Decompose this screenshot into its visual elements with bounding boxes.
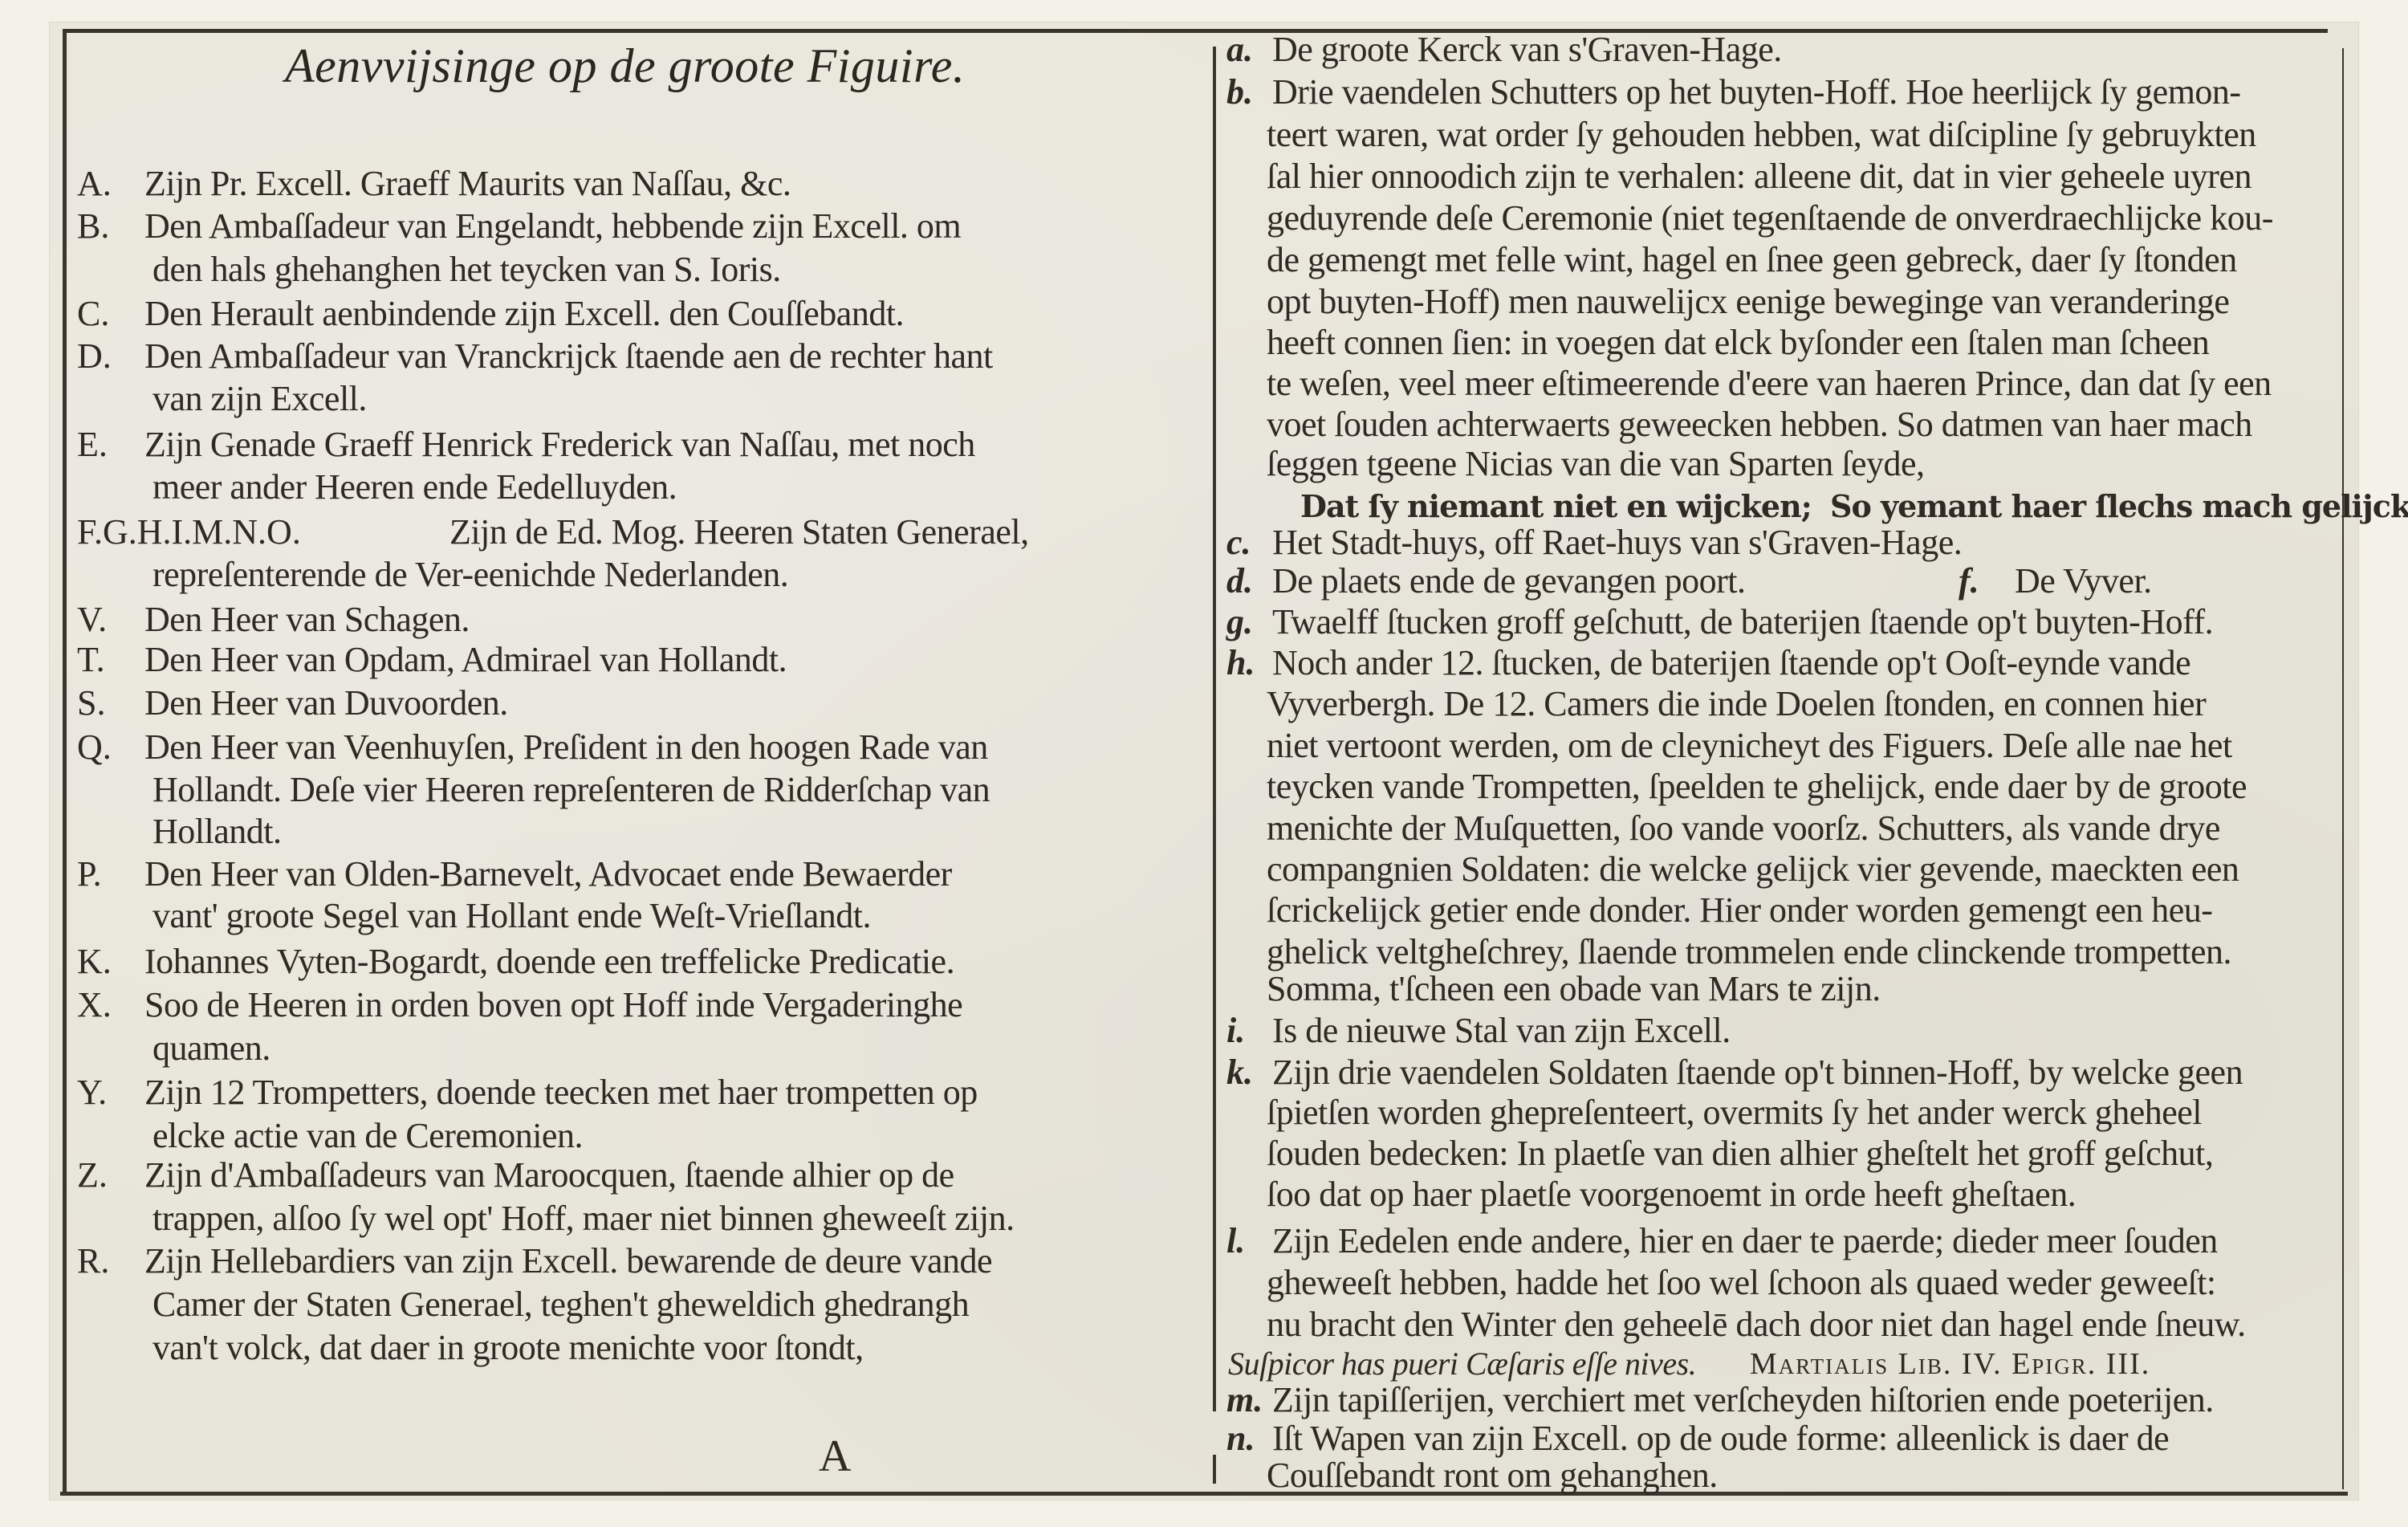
legend-key: h. xyxy=(1226,642,1255,684)
legend-key: g. xyxy=(1226,601,1253,643)
top-rule xyxy=(64,29,2328,33)
legend-key: d. xyxy=(1226,560,1253,602)
legend-text-line: Zijn tapiſſerijen, verchiert met verſche… xyxy=(1272,1379,2214,1421)
legend-key: l. xyxy=(1226,1220,1245,1262)
legend-text-line: ſcrickelijck getier ende donder. Hier on… xyxy=(1267,890,2212,931)
legend-text-line: nu bracht den Winter den geheelē dach do… xyxy=(1267,1304,2246,1346)
legend-key: Y. xyxy=(77,1072,107,1114)
legend-text-line: de gemengt met felle wint, hagel en ſnee… xyxy=(1267,239,2237,281)
right-rule xyxy=(2342,48,2344,1489)
legend-text-line: trappen, alſoo ſy wel opt' Hoff, maer ni… xyxy=(153,1198,1015,1240)
legend-key: F.G.H.I.M.N.O. xyxy=(77,511,301,553)
legend-text-line: den hals ghehanghen het teycken van S. I… xyxy=(153,249,781,291)
legend-text-line: De plaets ende de gevangen poort. xyxy=(1272,560,1746,602)
legend-text-line: Den Heer van Opdam, Admirael van Holland… xyxy=(144,639,787,681)
legend-text-line: ghelick veltgheſchrey, ſlaende trommelen… xyxy=(1267,931,2231,973)
legend-text-line: meer ander Heeren ende Eedelluyden. xyxy=(153,466,677,508)
legend-text-line: Vyverbergh. De 12. Camers die inde Doele… xyxy=(1267,683,2206,725)
legend-text-line: teert waren, wat order ſy gehouden hebbe… xyxy=(1267,114,2256,156)
legend-key: Z. xyxy=(77,1154,108,1196)
legend-text-line: elcke actie van de Ceremonien. xyxy=(153,1115,583,1157)
legend-text-line: repreſenterende de Ver-eenichde Nederlan… xyxy=(153,554,788,596)
legend-text-line: Somma, t'ſcheen een obade van Mars te zi… xyxy=(1267,968,1881,1010)
legend-text-line: ſoo dat op haer plaetſe voorgenoemt in o… xyxy=(1267,1174,2076,1215)
legend-key: m. xyxy=(1226,1379,1263,1421)
legend-key: P. xyxy=(77,853,102,895)
column-divider-tail xyxy=(1213,1455,1216,1484)
legend-text-line: Iohannes Vyten-Bogardt, doende een treff… xyxy=(144,941,954,983)
legend-key: K. xyxy=(77,941,112,983)
legend-text-line: gheweeſt hebben, hadde het ſoo wel ſchoo… xyxy=(1267,1262,2216,1304)
legend-key: C. xyxy=(77,293,109,335)
legend-text-line: compangnien Soldaten: die welcke gelijck… xyxy=(1267,849,2239,890)
legend-key: S. xyxy=(77,682,105,724)
legend-text-line: Hollandt. xyxy=(153,811,281,853)
legend-text-line: ſouden bedecken: In plaetſe van dien alh… xyxy=(1267,1133,2213,1175)
legend-key: a. xyxy=(1226,29,1253,71)
legend-text-line: ſeggen tgeene Nicias van die van Sparten… xyxy=(1267,443,1925,485)
legend-text-line: ſpietſen worden ghepreſenteert, overmits… xyxy=(1267,1092,2202,1134)
legend-text-line: Iſt Wapen van zijn Excell. op de oude fo… xyxy=(1272,1418,2169,1460)
legend-text-line: Is de nieuwe Stal van zijn Excell. xyxy=(1272,1010,1731,1052)
legend-text-line: quamen. xyxy=(153,1028,270,1069)
legend-text-line: Den Heer van Duvoorden. xyxy=(144,682,508,724)
legend-text-line: Zijn Pr. Excell. Graeff Maurits van Naſſ… xyxy=(144,163,791,205)
legend-text-line: voet ſouden achterwaerts geweecken hebbe… xyxy=(1267,404,2252,446)
legend-text-line: van zijn Excell. xyxy=(153,378,367,420)
legend-text-line: van't volck, dat daer in groote menichte… xyxy=(153,1327,864,1369)
legend-key: f. xyxy=(1959,560,1979,602)
legend-text-line: De groote Kerck van s'Graven-Hage. xyxy=(1272,29,1782,71)
legend-text-line: Den Ambaſſadeur van Engelandt, hebbende … xyxy=(144,206,961,247)
legend-text-line: geduyrende deſe Ceremonie (niet tegenſta… xyxy=(1267,197,2273,239)
column-divider xyxy=(1213,47,1216,1411)
legend-text-line: ſal hier onnoodich zijn te verhalen: all… xyxy=(1267,156,2251,197)
legend-text-line: Camer der Staten Generael, teghen't ghew… xyxy=(153,1284,969,1325)
legend-text-line: Zijn Eedelen ende andere, hier en daer t… xyxy=(1272,1220,2218,1262)
legend-text-line: Twaelff ſtucken groff geſchutt, de bater… xyxy=(1272,601,2213,643)
legend-text-line: te weſen, veel meer eſtimeerende d'eere … xyxy=(1267,363,2272,405)
legend-text-line: Zijn Genade Graeff Henrick Frederick van… xyxy=(144,424,975,466)
legend-text-line: Hollandt. Deſe vier Heeren repreſenteren… xyxy=(153,769,990,811)
legend-key: E. xyxy=(77,424,108,466)
legend-text-line: Den Heer van Olden-Barnevelt, Advocaet e… xyxy=(144,853,952,895)
bottom-rule xyxy=(60,1492,2348,1496)
legend-text-line: Zijn de Ed. Mog. Heeren Staten Generael, xyxy=(449,511,1029,553)
legend-text-line: teycken vande Trompetten, ſpeelden te gh… xyxy=(1267,766,2247,808)
legend-key: B. xyxy=(77,206,109,247)
legend-text-line: Soo de Heeren in orden boven opt Hoff in… xyxy=(144,984,962,1026)
legend-key: A. xyxy=(77,163,112,205)
legend-key: V. xyxy=(77,599,107,641)
legend-text-line: heeft connen ſien: in voegen dat elck by… xyxy=(1267,322,2209,364)
legend-key: n. xyxy=(1226,1418,1255,1460)
legend-key: D. xyxy=(77,336,112,377)
legend-text-line: Den Herault aenbindende zijn Excell. den… xyxy=(144,293,904,335)
legend-text-line: De Vyver. xyxy=(2015,560,2152,602)
legend-key: k. xyxy=(1226,1052,1253,1093)
legend-text-line: Noch ander 12. ſtucken, de baterijen ſta… xyxy=(1272,642,2190,684)
legend-text-line: Zijn 12 Trompetters, doende teecken met … xyxy=(144,1072,978,1114)
legend-key: T. xyxy=(77,639,105,681)
page-title: Aenvvijsinge op de groote Figuire. xyxy=(285,39,965,94)
legend-text-line: Zijn Hellebardiers van zijn Excell. bewa… xyxy=(144,1240,992,1282)
legend-key: Q. xyxy=(77,727,112,768)
left-rule xyxy=(63,29,67,1494)
legend-key: i. xyxy=(1226,1010,1245,1052)
legend-text-line: niet vertoont werden, om de cleynicheyt … xyxy=(1267,725,2232,767)
legend-text-line: Den Ambaſſadeur van Vranckrijck ſtaende … xyxy=(144,336,993,377)
legend-text-line: vant' groote Segel van Hollant ende Weſt… xyxy=(153,895,871,937)
legend-text-line: Den Heer van Schagen. xyxy=(144,599,470,641)
legend-text-line: Drie vaendelen Schutters op het buyten-H… xyxy=(1272,71,2241,113)
signature-mark: A xyxy=(819,1431,851,1482)
legend-text-line: Den Heer van Veenhuyſen, Preſident in de… xyxy=(144,727,988,768)
legend-text-line: opt buyten-Hoff) men nauwelijcx eenige b… xyxy=(1267,281,2229,323)
legend-key: c. xyxy=(1226,522,1251,564)
legend-text-line: Het Stadt-huys, off Raet-huys van s'Grav… xyxy=(1272,522,1962,564)
legend-key: b. xyxy=(1226,71,1253,113)
legend-text-line: Zijn d'Ambaſſadeurs van Maroocquen, ſtae… xyxy=(144,1154,954,1196)
legend-key: R. xyxy=(77,1240,109,1282)
legend-text-line: Zijn drie vaendelen Soldaten ſtaende op'… xyxy=(1272,1052,2243,1093)
legend-text-line: menichte der Muſquetten, ſoo vande voorſ… xyxy=(1267,808,2220,849)
legend-key: X. xyxy=(77,984,112,1026)
legend-text-line: Couſſebandt ront om gehanghen. xyxy=(1267,1455,1718,1496)
